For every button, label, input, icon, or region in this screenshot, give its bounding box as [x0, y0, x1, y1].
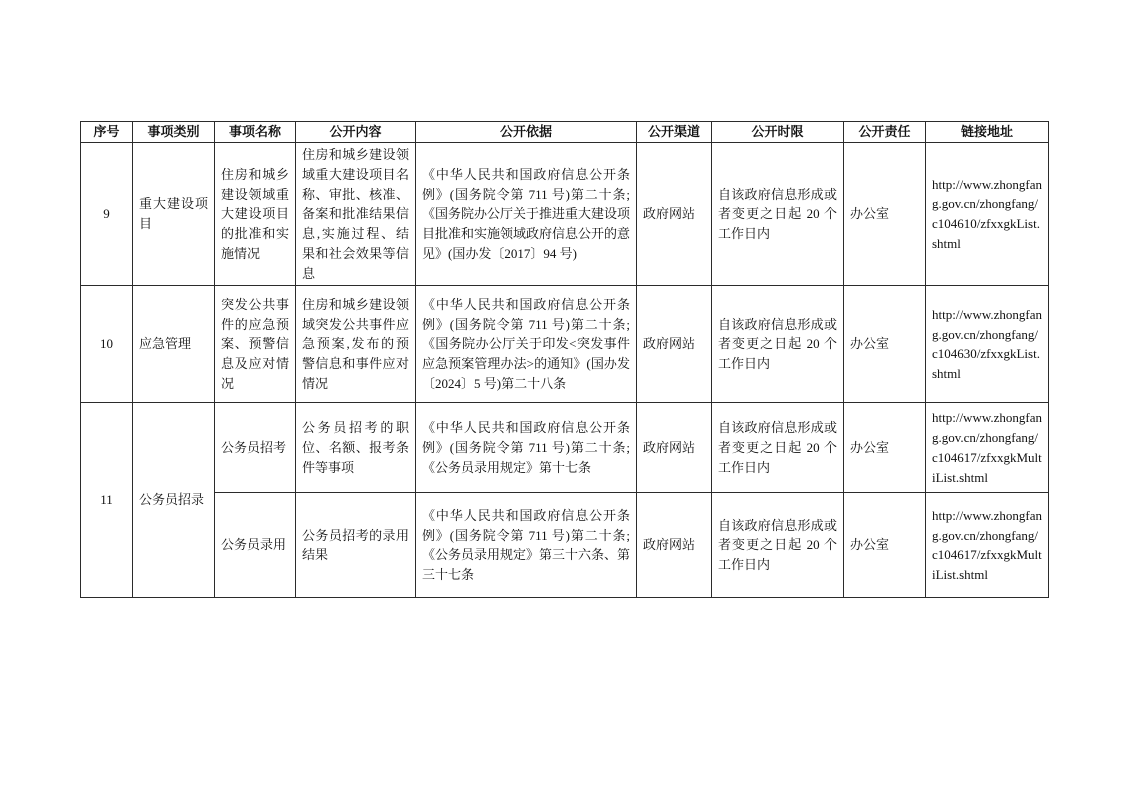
cell-name: 突发公共事件的应急预案、预警信息及应对情况	[215, 286, 296, 403]
cell-responsibility: 办公室	[844, 403, 926, 493]
cell-basis: 《中华人民共和国政府信息公开条例》(国务院令第 711 号)第二十条;《公务员录…	[416, 493, 637, 598]
cell-channel: 政府网站	[637, 403, 712, 493]
cell-link: http://www.zhongfang.gov.cn/zhongfang/c1…	[926, 493, 1049, 598]
col-header-name: 事项名称	[215, 122, 296, 143]
cell-name: 公务员录用	[215, 493, 296, 598]
cell-channel: 政府网站	[637, 493, 712, 598]
cell-basis: 《中华人民共和国政府信息公开条例》(国务院令第 711 号)第二十条;《公务员录…	[416, 403, 637, 493]
cell-content: 住房和城乡建设领域突发公共事件应急预案,发布的预警信息和事件应对情况	[296, 286, 416, 403]
col-header-responsibility: 公开责任	[844, 122, 926, 143]
cell-link: http://www.zhongfang.gov.cn/zhongfang/c1…	[926, 143, 1049, 286]
col-header-basis: 公开依据	[416, 122, 637, 143]
cell-channel: 政府网站	[637, 286, 712, 403]
table-row: 10 应急管理 突发公共事件的应急预案、预警信息及应对情况 住房和城乡建设领域突…	[81, 286, 1049, 403]
cell-link: http://www.zhongfang.gov.cn/zhongfang/c1…	[926, 286, 1049, 403]
disclosure-table: 序号 事项类别 事项名称 公开内容 公开依据 公开渠道 公开时限 公开责任 链接…	[80, 121, 1049, 598]
header-row: 序号 事项类别 事项名称 公开内容 公开依据 公开渠道 公开时限 公开责任 链接…	[81, 122, 1049, 143]
cell-channel: 政府网站	[637, 143, 712, 286]
cell-category: 应急管理	[133, 286, 215, 403]
cell-deadline: 自该政府信息形成或者变更之日起 20 个工作日内	[712, 143, 844, 286]
cell-seq: 11	[81, 403, 133, 598]
cell-category: 重大建设项目	[133, 143, 215, 286]
cell-category: 公务员招录	[133, 403, 215, 598]
col-header-deadline: 公开时限	[712, 122, 844, 143]
col-header-category: 事项类别	[133, 122, 215, 143]
cell-deadline: 自该政府信息形成或者变更之日起 20 个工作日内	[712, 493, 844, 598]
cell-seq: 9	[81, 143, 133, 286]
cell-basis: 《中华人民共和国政府信息公开条例》(国务院令第 711 号)第二十条;《国务院办…	[416, 286, 637, 403]
cell-name: 公务员招考	[215, 403, 296, 493]
cell-name: 住房和城乡建设领域重大建设项目的批准和实施情况	[215, 143, 296, 286]
table-row: 公务员录用 公务员招考的录用结果 《中华人民共和国政府信息公开条例》(国务院令第…	[81, 493, 1049, 598]
cell-content: 公务员招考的职位、名额、报考条件等事项	[296, 403, 416, 493]
col-header-content: 公开内容	[296, 122, 416, 143]
cell-responsibility: 办公室	[844, 286, 926, 403]
col-header-channel: 公开渠道	[637, 122, 712, 143]
cell-content: 住房和城乡建设领域重大建设项目名称、审批、核准、备案和批准结果信息,实施过程、结…	[296, 143, 416, 286]
cell-responsibility: 办公室	[844, 493, 926, 598]
cell-deadline: 自该政府信息形成或者变更之日起 20 个工作日内	[712, 403, 844, 493]
cell-seq: 10	[81, 286, 133, 403]
document-page: 序号 事项类别 事项名称 公开内容 公开依据 公开渠道 公开时限 公开责任 链接…	[0, 0, 1122, 793]
cell-link: http://www.zhongfang.gov.cn/zhongfang/c1…	[926, 403, 1049, 493]
col-header-seq: 序号	[81, 122, 133, 143]
table-row: 9 重大建设项目 住房和城乡建设领域重大建设项目的批准和实施情况 住房和城乡建设…	[81, 143, 1049, 286]
cell-deadline: 自该政府信息形成或者变更之日起 20 个工作日内	[712, 286, 844, 403]
cell-content: 公务员招考的录用结果	[296, 493, 416, 598]
table-row: 11 公务员招录 公务员招考 公务员招考的职位、名额、报考条件等事项 《中华人民…	[81, 403, 1049, 493]
cell-basis: 《中华人民共和国政府信息公开条例》(国务院令第 711 号)第二十条;《国务院办…	[416, 143, 637, 286]
col-header-link: 链接地址	[926, 122, 1049, 143]
cell-responsibility: 办公室	[844, 143, 926, 286]
